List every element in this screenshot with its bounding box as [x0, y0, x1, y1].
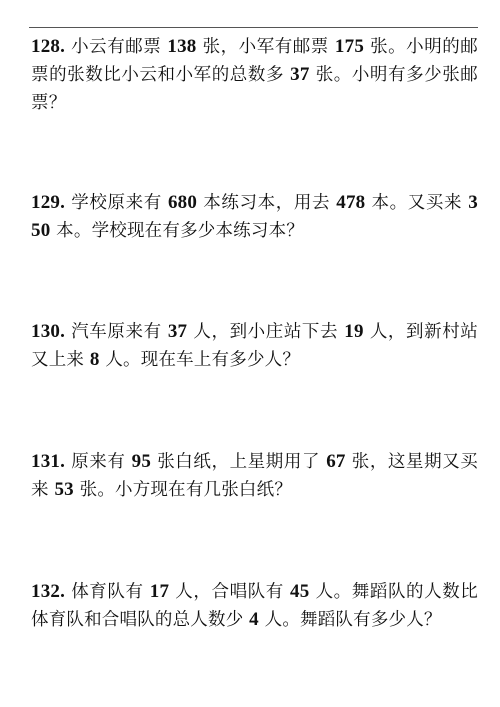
problem-text: 人，合唱队有 [169, 582, 290, 602]
problem-value: 8 [90, 349, 100, 370]
problem-text: 张，小军有邮票 [197, 37, 335, 57]
problem-number: 132. [31, 581, 65, 602]
problem-value: 175 [335, 36, 364, 57]
problem-value: 67 [326, 451, 345, 472]
problem-text: 本练习本，用去 [197, 193, 336, 213]
problem-text: 人。现在车上有多少人？ [100, 350, 300, 370]
problem-number: 131. [31, 451, 65, 472]
problem-value: 37 [290, 64, 309, 85]
problem-value: 37 [168, 321, 187, 342]
problem-text: 本。学校现在有多少本练习本？ [50, 221, 304, 241]
problem-value: 95 [132, 451, 151, 472]
problem-value: 19 [344, 321, 363, 342]
problem-number: 129. [31, 192, 65, 213]
problem-132: 132. 体育队有 17 人，合唱队有 45 人。舞蹈队的人数比体育队和合唱队的… [31, 578, 478, 634]
problem-value: 138 [167, 36, 196, 57]
problem-text: 人，到小庄站下去 [187, 322, 344, 342]
problem-text: 本。又买来 [365, 193, 468, 213]
problem-text: 原来有 [65, 452, 132, 472]
problem-number: 128. [31, 36, 65, 57]
problem-129: 129. 学校原来有 680 本练习本，用去 478 本。又买来 350 本。学… [31, 189, 478, 245]
problem-text: 张白纸，上星期用了 [151, 452, 326, 472]
header-rule [29, 27, 478, 28]
problem-text: 小云有邮票 [65, 37, 167, 57]
problem-130: 130. 汽车原来有 37 人，到小庄站下去 19 人，到新村站又上来 8 人。… [31, 318, 478, 374]
problem-number: 130. [31, 321, 65, 342]
problem-text: 学校原来有 [65, 193, 168, 213]
problem-value: 4 [249, 609, 259, 630]
problem-text: 体育队有 [65, 582, 150, 602]
problem-value: 17 [150, 581, 169, 602]
problem-text: 汽车原来有 [65, 322, 168, 342]
problem-value: 45 [290, 581, 309, 602]
problem-131: 131. 原来有 95 张白纸，上星期用了 67 张，这星期又买来 53 张。小… [31, 448, 478, 504]
problem-value: 680 [168, 192, 197, 213]
problem-text: 张。小方现在有几张白纸？ [74, 480, 292, 500]
problem-value: 53 [54, 479, 73, 500]
problem-text: 人。舞蹈队有多少人？ [259, 610, 442, 630]
problem-value: 478 [336, 192, 365, 213]
problem-128: 128. 小云有邮票 138 张，小军有邮票 175 张。小明的邮票的张数比小云… [31, 33, 478, 117]
